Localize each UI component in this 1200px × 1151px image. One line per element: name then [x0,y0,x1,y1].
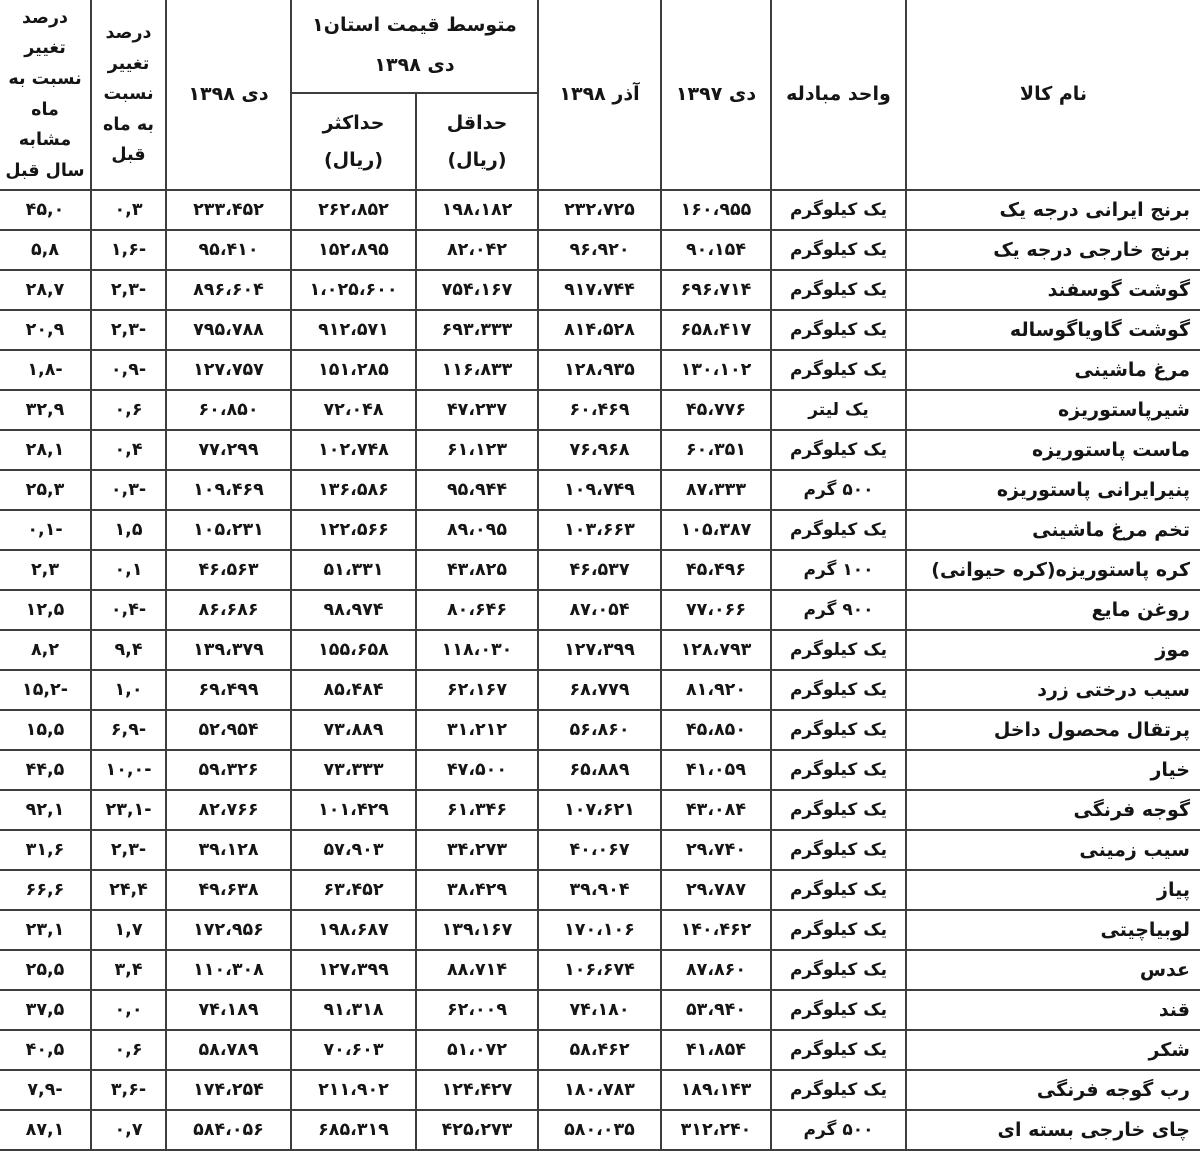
pct-change-prev-year-cell: ۲۵,۳ [0,470,91,510]
pct-change-prev-year-cell: ۱۵,۵ [0,710,91,750]
price-min-cell: ۱۲۴،۴۲۷ [416,1070,538,1110]
product-name-cell: تخم مرغ ماشینی [906,510,1200,550]
pct-change-prev-year-cell: ۸۷,۱ [0,1110,91,1150]
price-max-cell: ۵۱،۳۳۱ [291,550,416,590]
price-max-cell: ۶۸۵،۳۱۹ [291,1110,416,1150]
price-min-cell: ۶۲،۱۶۷ [416,670,538,710]
price-dey1397-cell: ۸۷،۳۳۳ [661,470,771,510]
table-body: برنج ایرانی درجه یکیک کیلوگرم۱۶۰،۹۵۵۲۳۲،… [0,190,1200,1150]
price-azar1398-cell: ۲۳۲،۷۲۵ [538,190,661,230]
table-row: رب گوجه فرنگییک کیلوگرم۱۸۹،۱۴۳۱۸۰،۷۸۳۱۲۴… [0,1070,1200,1110]
price-max-cell: ۱۲۲،۵۶۶ [291,510,416,550]
pct-change-prev-year-cell: ۴۵,۰ [0,190,91,230]
price-max-cell: ۸۵،۴۸۴ [291,670,416,710]
unit-cell: یک کیلوگرم [771,1070,906,1110]
product-name-cell: پیاز [906,870,1200,910]
pct-change-prev-month-cell: ۲,۳- [91,270,166,310]
price-dey1398-cell: ۵۸۴،۰۵۶ [166,1110,291,1150]
unit-cell: یک کیلوگرم [771,870,906,910]
price-min-cell: ۳۸،۴۲۹ [416,870,538,910]
unit-cell: یک کیلوگرم [771,430,906,470]
price-dey1397-cell: ۷۷،۰۶۶ [661,590,771,630]
table-row: تخم مرغ ماشینییک کیلوگرم۱۰۵،۳۸۷۱۰۳،۶۶۳۸۹… [0,510,1200,550]
pct-change-prev-year-cell: ۰,۱- [0,510,91,550]
product-name-cell: لوبیاچیتی [906,910,1200,950]
pct-change-prev-month-cell: ۰,۳- [91,470,166,510]
pct-change-prev-year-cell: ۶۶,۶ [0,870,91,910]
price-azar1398-cell: ۴۰،۰۶۷ [538,830,661,870]
unit-cell: یک کیلوگرم [771,790,906,830]
unit-cell: یک کیلوگرم [771,670,906,710]
price-dey1397-cell: ۶۰،۳۵۱ [661,430,771,470]
price-azar1398-cell: ۴۶،۵۳۷ [538,550,661,590]
price-dey1398-cell: ۸۶،۶۸۶ [166,590,291,630]
unit-cell: یک کیلوگرم [771,950,906,990]
price-min-cell: ۱۱۶،۸۳۳ [416,350,538,390]
pct-change-prev-year-cell: ۵,۸ [0,230,91,270]
product-name-cell: کره پاستوریزه(کره حیوانی) [906,550,1200,590]
price-dey1397-cell: ۱۴۰،۴۶۲ [661,910,771,950]
price-dey1398-cell: ۶۹،۴۹۹ [166,670,291,710]
price-max-cell: ۱۵۲،۸۹۵ [291,230,416,270]
unit-cell: یک کیلوگرم [771,510,906,550]
product-name-cell: شکر [906,1030,1200,1070]
price-azar1398-cell: ۶۵،۸۸۹ [538,750,661,790]
price-min-cell: ۱۱۸،۰۳۰ [416,630,538,670]
price-max-cell: ۷۲،۰۴۸ [291,390,416,430]
unit-cell: یک کیلوگرم [771,350,906,390]
price-min-cell: ۶۲،۰۰۹ [416,990,538,1030]
product-name-cell: سیب زمینی [906,830,1200,870]
table-row: روغن مایع۹۰۰ گرم۷۷،۰۶۶۸۷،۰۵۴۸۰،۶۴۶۹۸،۹۷۴… [0,590,1200,630]
table-row: لوبیاچیتییک کیلوگرم۱۴۰،۴۶۲۱۷۰،۱۰۶۱۳۹،۱۶۷… [0,910,1200,950]
price-dey1397-cell: ۱۲۸،۷۹۳ [661,630,771,670]
price-dey1398-cell: ۱۱۰،۳۰۸ [166,950,291,990]
price-azar1398-cell: ۹۱۷،۷۴۴ [538,270,661,310]
table-header: نام کالا واحد مبادله دی ۱۳۹۷ آذر ۱۳۹۸ مت… [0,0,1200,190]
pct-change-prev-year-cell: ۲,۳ [0,550,91,590]
table-row: برنج خارجی درجه یکیک کیلوگرم۹۰،۱۵۴۹۶،۹۲۰… [0,230,1200,270]
product-name-cell: پرتقال محصول داخل [906,710,1200,750]
pct-change-prev-year-cell: ۳۱,۶ [0,830,91,870]
pct-change-prev-month-cell: ۱,۰ [91,670,166,710]
pct-change-prev-year-cell: ۳۷,۵ [0,990,91,1030]
price-dey1398-cell: ۱۰۹،۴۶۹ [166,470,291,510]
product-name-cell: عدس [906,950,1200,990]
product-name-cell: گوجه فرنگی [906,790,1200,830]
unit-cell: ۵۰۰ گرم [771,470,906,510]
unit-cell: یک کیلوگرم [771,910,906,950]
table-row: خیاریک کیلوگرم۴۱،۰۵۹۶۵،۸۸۹۴۷،۵۰۰۷۳،۳۳۳۵۹… [0,750,1200,790]
price-dey1398-cell: ۱۷۴،۲۵۴ [166,1070,291,1110]
table-row: سیب درختی زردیک کیلوگرم۸۱،۹۲۰۶۸،۷۷۹۶۲،۱۶… [0,670,1200,710]
pct-change-prev-year-cell: ۴۰,۵ [0,1030,91,1070]
price-min-cell: ۱۳۹،۱۶۷ [416,910,538,950]
price-max-cell: ۲۶۲،۸۵۲ [291,190,416,230]
col-header-dey-1397: دی ۱۳۹۷ [661,0,771,190]
price-azar1398-cell: ۱۸۰،۷۸۳ [538,1070,661,1110]
table-row: پرتقال محصول داخلیک کیلوگرم۴۵،۸۵۰۵۶،۸۶۰۳… [0,710,1200,750]
price-azar1398-cell: ۱۰۳،۶۶۳ [538,510,661,550]
price-min-cell: ۸۹،۰۹۵ [416,510,538,550]
col-header-pct-change-prev-month: درصد تغییر نسبت به ماه قبل [91,0,166,190]
price-azar1398-cell: ۸۱۴،۵۲۸ [538,310,661,350]
price-max-cell: ۱۵۱،۲۸۵ [291,350,416,390]
price-dey1398-cell: ۴۹،۶۳۸ [166,870,291,910]
unit-cell: یک کیلوگرم [771,230,906,270]
price-azar1398-cell: ۶۸،۷۷۹ [538,670,661,710]
pct-change-prev-year-cell: ۸,۲ [0,630,91,670]
price-dey1397-cell: ۱۸۹،۱۴۳ [661,1070,771,1110]
pct-change-prev-month-cell: ۲۴,۴ [91,870,166,910]
price-max-cell: ۱۹۸،۶۸۷ [291,910,416,950]
price-azar1398-cell: ۸۷،۰۵۴ [538,590,661,630]
price-azar1398-cell: ۱۰۹،۷۴۹ [538,470,661,510]
price-dey1398-cell: ۵۹،۳۲۶ [166,750,291,790]
price-dey1398-cell: ۸۲،۷۶۶ [166,790,291,830]
price-max-cell: ۵۷،۹۰۳ [291,830,416,870]
product-name-cell: خیار [906,750,1200,790]
pct-change-prev-year-cell: ۴۴,۵ [0,750,91,790]
price-dey1398-cell: ۷۹۵،۷۸۸ [166,310,291,350]
pct-change-prev-year-cell: ۲۳,۱ [0,910,91,950]
pct-change-prev-month-cell: ۱,۶- [91,230,166,270]
product-name-cell: رب گوجه فرنگی [906,1070,1200,1110]
product-name-cell: قند [906,990,1200,1030]
price-dey1397-cell: ۱۶۰،۹۵۵ [661,190,771,230]
price-min-cell: ۶۱،۱۲۳ [416,430,538,470]
price-dey1398-cell: ۷۷،۲۹۹ [166,430,291,470]
table-row: کره پاستوریزه(کره حیوانی)۱۰۰ گرم۴۵،۴۹۶۴۶… [0,550,1200,590]
price-dey1398-cell: ۵۲،۹۵۴ [166,710,291,750]
price-max-cell: ۱۳۶،۵۸۶ [291,470,416,510]
unit-cell: یک کیلوگرم [771,270,906,310]
pct-change-prev-year-cell: ۲۰,۹ [0,310,91,350]
unit-cell: یک کیلوگرم [771,310,906,350]
price-dey1397-cell: ۲۹،۷۸۷ [661,870,771,910]
price-dey1397-cell: ۸۷،۸۶۰ [661,950,771,990]
table-row: ماست پاستوریزهیک کیلوگرم۶۰،۳۵۱۷۶،۹۶۸۶۱،۱… [0,430,1200,470]
price-dey1398-cell: ۱۲۷،۷۵۷ [166,350,291,390]
pct-change-prev-year-cell: ۲۸,۷ [0,270,91,310]
price-dey1398-cell: ۱۷۲،۹۵۶ [166,910,291,950]
price-azar1398-cell: ۷۶،۹۶۸ [538,430,661,470]
product-name-cell: برنج ایرانی درجه یک [906,190,1200,230]
price-max-cell: ۲۱۱،۹۰۲ [291,1070,416,1110]
pct-change-prev-year-cell: ۱۲,۵ [0,590,91,630]
pct-change-prev-month-cell: ۲,۳- [91,830,166,870]
price-min-cell: ۵۱،۰۷۲ [416,1030,538,1070]
pct-change-prev-month-cell: ۶,۹- [91,710,166,750]
price-max-cell: ۱۰۲،۷۴۸ [291,430,416,470]
price-max-cell: ۱،۰۲۵،۶۰۰ [291,270,416,310]
price-azar1398-cell: ۳۹،۹۰۴ [538,870,661,910]
pct-change-prev-month-cell: ۰,۹- [91,350,166,390]
price-max-cell: ۹۱۲،۵۷۱ [291,310,416,350]
price-dey1397-cell: ۲۹،۷۴۰ [661,830,771,870]
unit-cell: یک کیلوگرم [771,1030,906,1070]
price-azar1398-cell: ۱۷۰،۱۰۶ [538,910,661,950]
price-azar1398-cell: ۹۶،۹۲۰ [538,230,661,270]
price-azar1398-cell: ۱۰۶،۶۷۴ [538,950,661,990]
price-dey1398-cell: ۶۰،۸۵۰ [166,390,291,430]
price-max-cell: ۹۱،۳۱۸ [291,990,416,1030]
price-dey1398-cell: ۵۸،۷۸۹ [166,1030,291,1070]
col-header-dey-1398: دی ۱۳۹۸ [166,0,291,190]
pct-change-prev-month-cell: ۲۳,۱- [91,790,166,830]
price-min-cell: ۸۲،۰۴۲ [416,230,538,270]
price-max-cell: ۹۸،۹۷۴ [291,590,416,630]
table-row: برنج ایرانی درجه یکیک کیلوگرم۱۶۰،۹۵۵۲۳۲،… [0,190,1200,230]
price-max-cell: ۶۳،۴۵۲ [291,870,416,910]
unit-cell: ۱۰۰ گرم [771,550,906,590]
table-row: چای خارجی بسته ای۵۰۰ گرم۳۱۲،۲۴۰۵۸۰،۰۳۵۴۲… [0,1110,1200,1150]
price-min-cell: ۶۹۳،۳۳۳ [416,310,538,350]
price-min-cell: ۱۹۸،۱۸۲ [416,190,538,230]
pct-change-prev-month-cell: ۰,۳ [91,190,166,230]
col-header-product-name: نام کالا [906,0,1200,190]
product-name-cell: موز [906,630,1200,670]
price-max-cell: ۱۰۱،۴۲۹ [291,790,416,830]
pct-change-prev-month-cell: ۱,۷ [91,910,166,950]
price-dey1397-cell: ۴۱،۸۵۴ [661,1030,771,1070]
pct-change-prev-year-cell: ۷,۹- [0,1070,91,1110]
price-dey1397-cell: ۳۱۲،۲۴۰ [661,1110,771,1150]
price-dey1397-cell: ۴۱،۰۵۹ [661,750,771,790]
unit-cell: یک کیلوگرم [771,630,906,670]
pct-change-prev-month-cell: ۰,۰ [91,990,166,1030]
price-azar1398-cell: ۷۴،۱۸۰ [538,990,661,1030]
unit-cell: ۹۰۰ گرم [771,590,906,630]
price-dey1397-cell: ۱۰۵،۳۸۷ [661,510,771,550]
col-header-max-rial: حداکثر (ریال) [291,93,416,190]
pct-change-prev-year-cell: ۱,۸- [0,350,91,390]
pct-change-prev-month-cell: ۰,۶ [91,390,166,430]
price-max-cell: ۷۳،۳۳۳ [291,750,416,790]
price-dey1397-cell: ۶۹۶،۷۱۴ [661,270,771,310]
price-min-cell: ۴۳،۸۲۵ [416,550,538,590]
pct-change-prev-year-cell: ۲۵,۵ [0,950,91,990]
price-dey1397-cell: ۱۳۰،۱۰۲ [661,350,771,390]
price-dey1398-cell: ۳۹،۱۲۸ [166,830,291,870]
price-azar1398-cell: ۱۲۸،۹۳۵ [538,350,661,390]
pct-change-prev-month-cell: ۹,۴ [91,630,166,670]
pct-change-prev-month-cell: ۰,۷ [91,1110,166,1150]
pct-change-prev-month-cell: ۱۰,۰- [91,750,166,790]
price-max-cell: ۱۵۵،۶۵۸ [291,630,416,670]
price-dey1397-cell: ۴۵،۷۷۶ [661,390,771,430]
table-row: پیازیک کیلوگرم۲۹،۷۸۷۳۹،۹۰۴۳۸،۴۲۹۶۳،۴۵۲۴۹… [0,870,1200,910]
product-name-cell: گوشت گوسفند [906,270,1200,310]
price-min-cell: ۶۱،۳۴۶ [416,790,538,830]
table-row: گوشت گوسفندیک کیلوگرم۶۹۶،۷۱۴۹۱۷،۷۴۴۷۵۴،۱… [0,270,1200,310]
price-min-cell: ۸۸،۷۱۴ [416,950,538,990]
product-name-cell: سیب درختی زرد [906,670,1200,710]
unit-cell: ۵۰۰ گرم [771,1110,906,1150]
price-dey1398-cell: ۱۳۹،۳۷۹ [166,630,291,670]
price-dey1398-cell: ۱۰۵،۲۳۱ [166,510,291,550]
table-row: مرغ ماشینییک کیلوگرم۱۳۰،۱۰۲۱۲۸،۹۳۵۱۱۶،۸۳… [0,350,1200,390]
product-name-cell: مرغ ماشینی [906,350,1200,390]
col-header-province-average-group: متوسط قیمت استان۱ دی ۱۳۹۸ [291,0,538,93]
table-row: عدسیک کیلوگرم۸۷،۸۶۰۱۰۶،۶۷۴۸۸،۷۱۴۱۲۷،۳۹۹۱… [0,950,1200,990]
price-min-cell: ۴۷،۵۰۰ [416,750,538,790]
price-min-cell: ۳۱،۲۱۲ [416,710,538,750]
price-dey1397-cell: ۵۳،۹۴۰ [661,990,771,1030]
price-max-cell: ۱۲۷،۳۹۹ [291,950,416,990]
table-row: سیب زمینییک کیلوگرم۲۹،۷۴۰۴۰،۰۶۷۳۴،۲۷۳۵۷،… [0,830,1200,870]
commodity-price-table: نام کالا واحد مبادله دی ۱۳۹۷ آذر ۱۳۹۸ مت… [0,0,1200,1151]
price-dey1397-cell: ۶۵۸،۴۱۷ [661,310,771,350]
price-dey1397-cell: ۹۰،۱۵۴ [661,230,771,270]
price-dey1398-cell: ۴۶،۵۶۳ [166,550,291,590]
price-azar1398-cell: ۵۸،۴۶۲ [538,1030,661,1070]
product-name-cell: گوشت گاویاگوساله [906,310,1200,350]
price-dey1398-cell: ۹۵،۴۱۰ [166,230,291,270]
pct-change-prev-month-cell: ۳,۴ [91,950,166,990]
table-row: شکریک کیلوگرم۴۱،۸۵۴۵۸،۴۶۲۵۱،۰۷۲۷۰،۶۰۳۵۸،… [0,1030,1200,1070]
table-row: پنیرایرانی پاستوریزه۵۰۰ گرم۸۷،۳۳۳۱۰۹،۷۴۹… [0,470,1200,510]
price-min-cell: ۷۵۴،۱۶۷ [416,270,538,310]
pct-change-prev-month-cell: ۳,۶- [91,1070,166,1110]
col-header-unit: واحد مبادله [771,0,906,190]
col-header-azar-1398: آذر ۱۳۹۸ [538,0,661,190]
table-row: گوشت گاویاگوسالهیک کیلوگرم۶۵۸،۴۱۷۸۱۴،۵۲۸… [0,310,1200,350]
col-header-pct-change-prev-year: درصد تغییر نسبت به ماه مشابه سال قبل [0,0,91,190]
price-dey1398-cell: ۷۴،۱۸۹ [166,990,291,1030]
pct-change-prev-month-cell: ۰,۴ [91,430,166,470]
unit-cell: یک کیلوگرم [771,750,906,790]
product-name-cell: ماست پاستوریزه [906,430,1200,470]
unit-cell: یک کیلوگرم [771,190,906,230]
price-azar1398-cell: ۱۰۷،۶۲۱ [538,790,661,830]
pct-change-prev-year-cell: ۳۲,۹ [0,390,91,430]
price-dey1397-cell: ۴۵،۴۹۶ [661,550,771,590]
table-row: موزیک کیلوگرم۱۲۸،۷۹۳۱۲۷،۳۹۹۱۱۸،۰۳۰۱۵۵،۶۵… [0,630,1200,670]
price-dey1397-cell: ۴۳،۰۸۴ [661,790,771,830]
price-min-cell: ۹۵،۹۴۴ [416,470,538,510]
pct-change-prev-month-cell: ۲,۳- [91,310,166,350]
price-min-cell: ۴۷،۲۳۷ [416,390,538,430]
price-azar1398-cell: ۵۶،۸۶۰ [538,710,661,750]
pct-change-prev-year-cell: ۲۸,۱ [0,430,91,470]
unit-cell: یک لیتر [771,390,906,430]
table-row: قندیک کیلوگرم۵۳،۹۴۰۷۴،۱۸۰۶۲،۰۰۹۹۱،۳۱۸۷۴،… [0,990,1200,1030]
pct-change-prev-month-cell: ۰,۱ [91,550,166,590]
unit-cell: یک کیلوگرم [771,710,906,750]
price-azar1398-cell: ۶۰،۴۶۹ [538,390,661,430]
price-azar1398-cell: ۵۸۰،۰۳۵ [538,1110,661,1150]
product-name-cell: شیرپاستوریزه [906,390,1200,430]
pct-change-prev-month-cell: ۱,۵ [91,510,166,550]
pct-change-prev-year-cell: ۹۲,۱ [0,790,91,830]
pct-change-prev-month-cell: ۰,۶ [91,1030,166,1070]
table-row: شیرپاستوریزهیک لیتر۴۵،۷۷۶۶۰،۴۶۹۴۷،۲۳۷۷۲،… [0,390,1200,430]
price-dey1398-cell: ۲۳۳،۴۵۲ [166,190,291,230]
price-dey1398-cell: ۸۹۶،۶۰۴ [166,270,291,310]
col-header-min-rial: حداقل (ریال) [416,93,538,190]
pct-change-prev-year-cell: ۱۵,۲- [0,670,91,710]
price-min-cell: ۸۰،۶۴۶ [416,590,538,630]
product-name-cell: پنیرایرانی پاستوریزه [906,470,1200,510]
price-min-cell: ۳۴،۲۷۳ [416,830,538,870]
price-azar1398-cell: ۱۲۷،۳۹۹ [538,630,661,670]
price-max-cell: ۷۳،۸۸۹ [291,710,416,750]
product-name-cell: روغن مایع [906,590,1200,630]
price-dey1397-cell: ۸۱،۹۲۰ [661,670,771,710]
product-name-cell: چای خارجی بسته ای [906,1110,1200,1150]
pct-change-prev-month-cell: ۰,۴- [91,590,166,630]
price-min-cell: ۴۲۵،۲۷۳ [416,1110,538,1150]
product-name-cell: برنج خارجی درجه یک [906,230,1200,270]
unit-cell: یک کیلوگرم [771,830,906,870]
table-row: گوجه فرنگییک کیلوگرم۴۳،۰۸۴۱۰۷،۶۲۱۶۱،۳۴۶۱… [0,790,1200,830]
price-max-cell: ۷۰،۶۰۳ [291,1030,416,1070]
price-dey1397-cell: ۴۵،۸۵۰ [661,710,771,750]
unit-cell: یک کیلوگرم [771,990,906,1030]
